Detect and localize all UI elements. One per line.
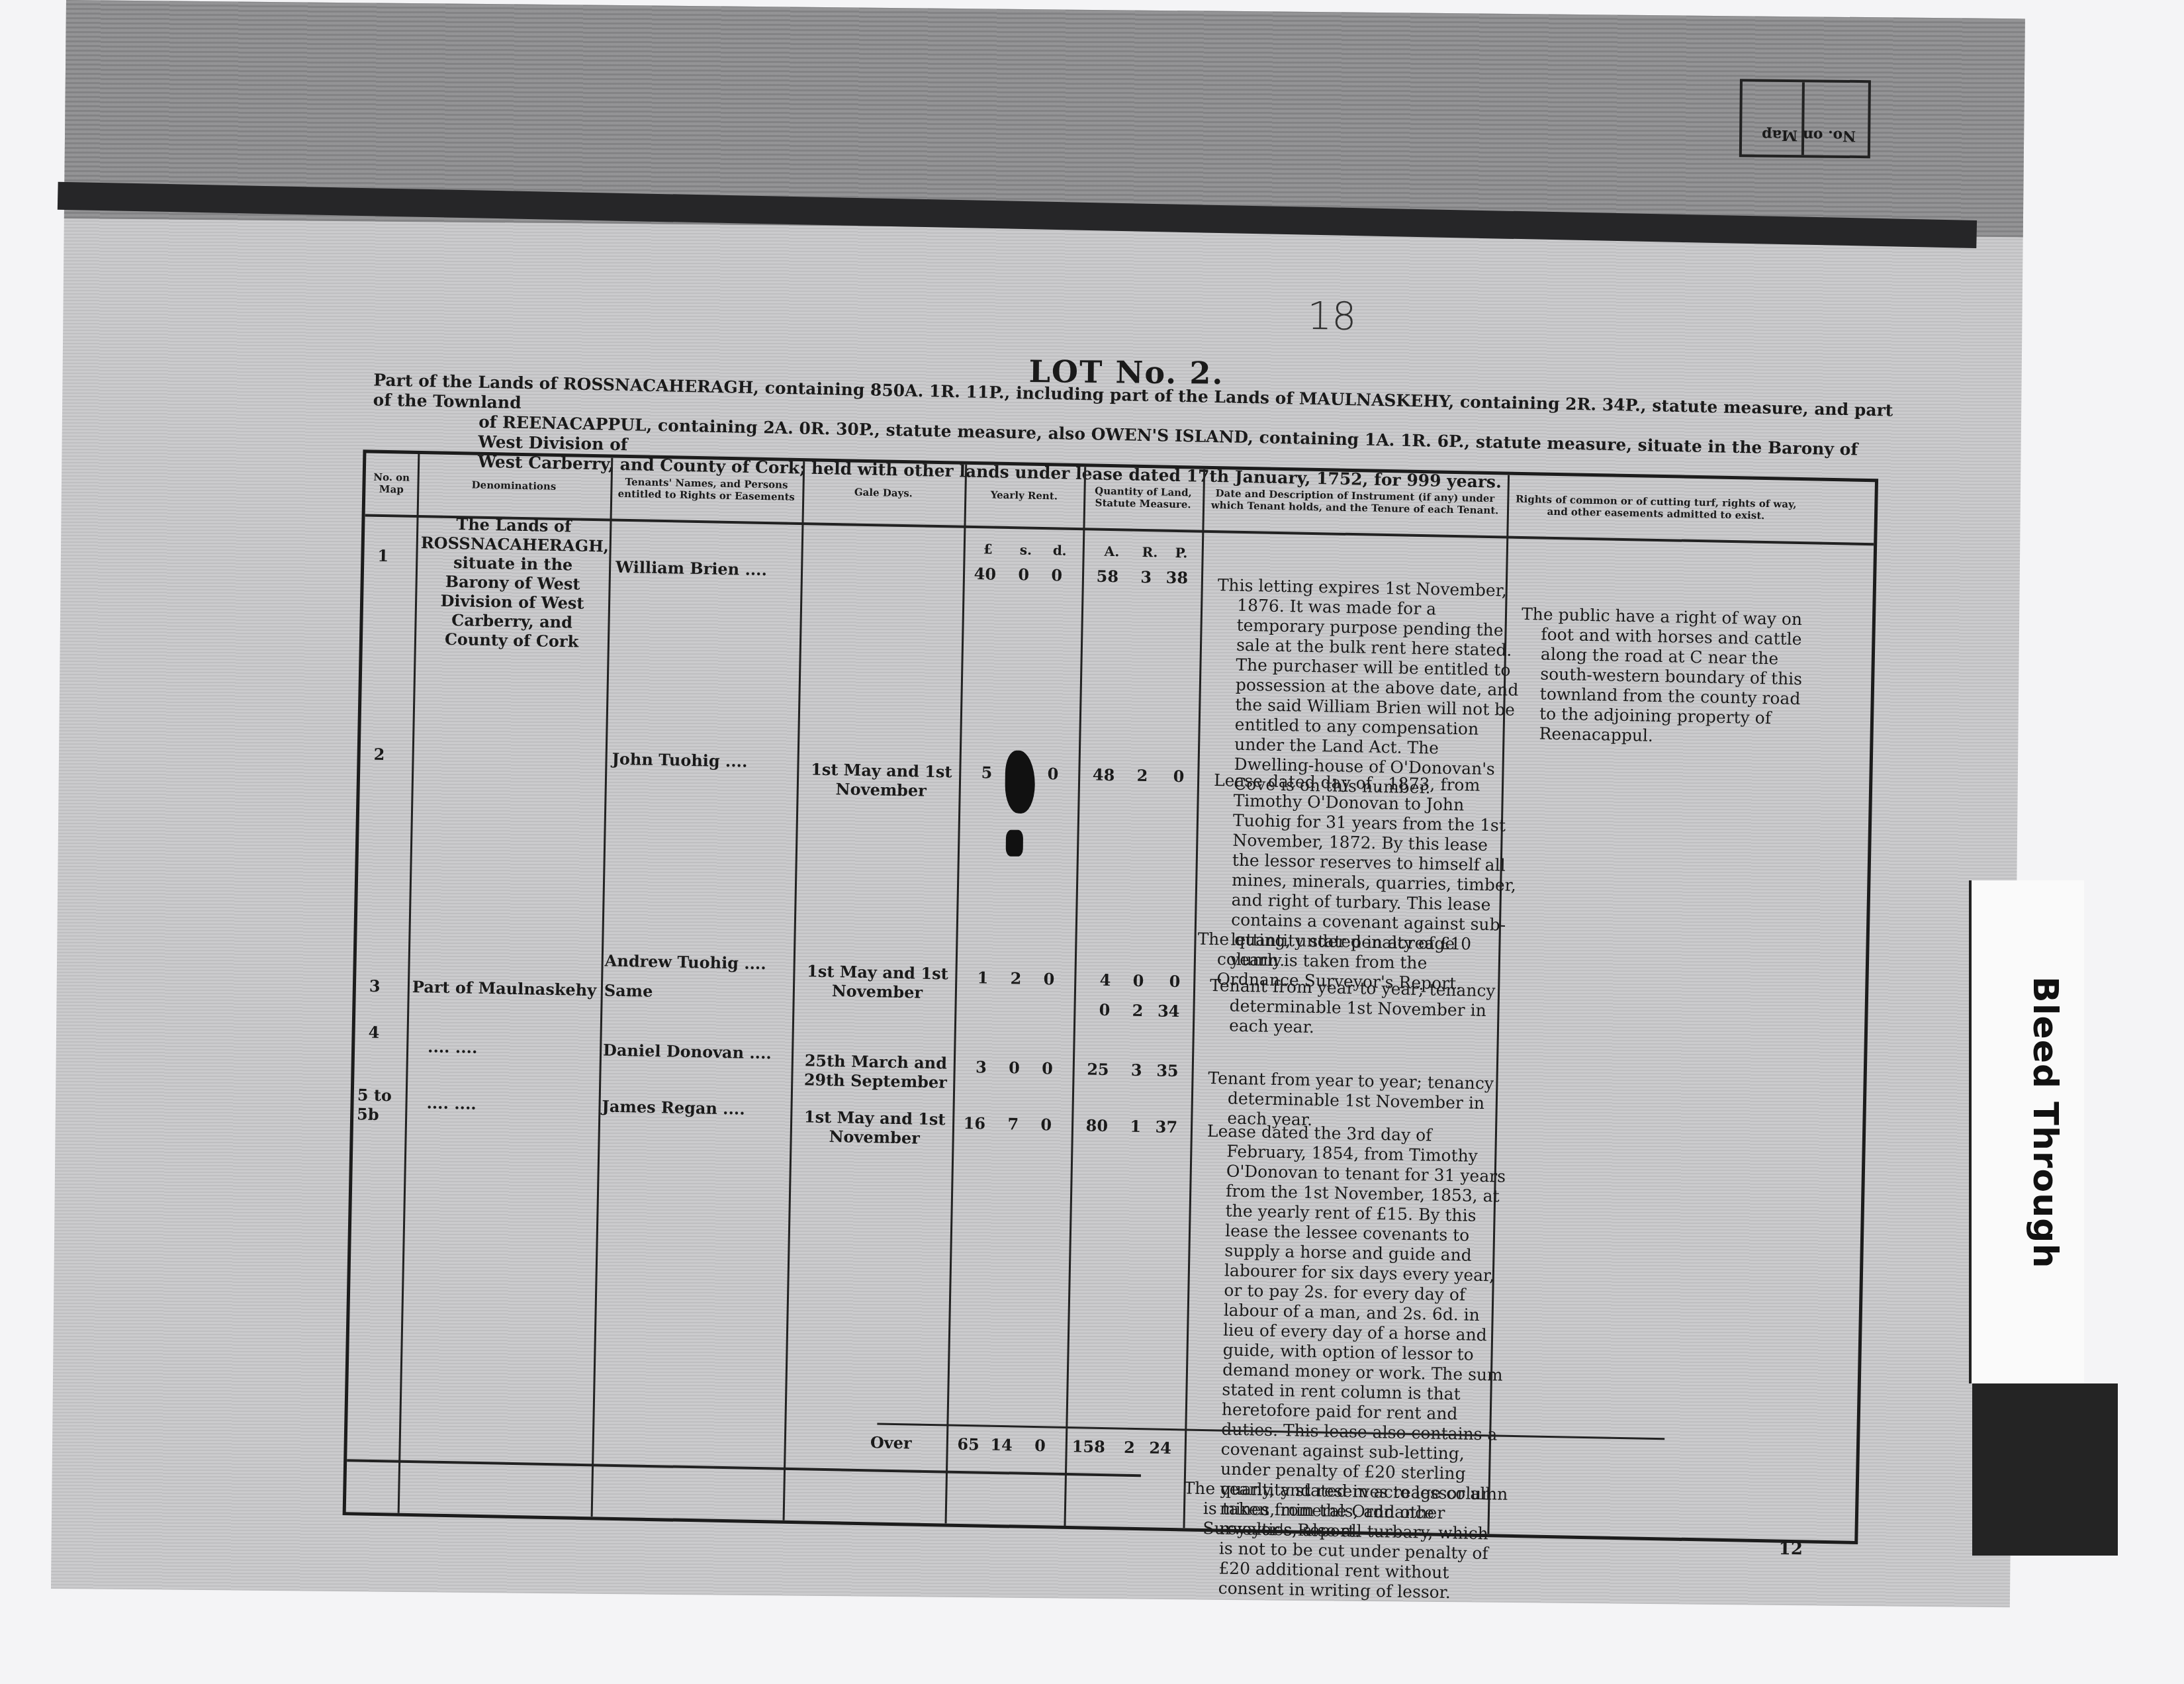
- header-instrument: Date and Description of Instrument (if a…: [1202, 469, 1508, 535]
- header-denomination: Denominations: [417, 454, 612, 518]
- total-rent-shillings: 14: [989, 1435, 1013, 1455]
- rent-pence: 0: [1029, 1058, 1053, 1078]
- map-no: 2: [373, 745, 385, 764]
- qty-acres: 25: [1075, 1059, 1109, 1079]
- rent-shillings: 0: [1006, 565, 1030, 585]
- header-rights: Rights of common or of cutting turf, rig…: [1506, 475, 1805, 541]
- unit-roods: R.: [1142, 544, 1158, 560]
- rights-description: The public have a right of way on foot a…: [1519, 604, 1816, 749]
- gale-days: 1st May and 1st November: [799, 1107, 949, 1148]
- header-tenants: Tenants' Names, and Persons entitled to …: [610, 458, 803, 522]
- map-no: 3: [369, 976, 381, 996]
- tenant-name: Andrew Tuohig ....: [604, 951, 766, 973]
- qty-roods: 3: [1125, 567, 1152, 586]
- instrument-note: The quantity stated in acreage column is…: [1183, 1478, 1508, 1544]
- rent-pence: 0: [1035, 764, 1059, 784]
- qty-roods: 1: [1115, 1116, 1142, 1136]
- ink-mark: [1006, 830, 1023, 857]
- denomination: Part of Maulnaskehy: [412, 977, 597, 1000]
- header-quantity: Quantity of Land, Statute Measure.: [1083, 467, 1203, 528]
- total-qty-roods: 2: [1109, 1437, 1136, 1457]
- denomination: .... ....: [426, 1093, 592, 1115]
- rent-shillings: 0: [996, 1058, 1020, 1078]
- denomination: The Lands of ROSSNACAHERAGH, situate in …: [419, 514, 607, 651]
- bleed-through-label: Bleed Through: [1985, 976, 2065, 1274]
- qty-perches: 38: [1158, 567, 1189, 587]
- tenant-name: Daniel Donovan ....: [603, 1040, 772, 1062]
- map-no: 4: [368, 1023, 379, 1042]
- qty-acres: 80: [1075, 1115, 1109, 1135]
- tenant-name: James Regan ....: [602, 1096, 745, 1118]
- gale-days: 25th March and 29th September: [801, 1051, 950, 1092]
- rent-shillings: 2: [998, 968, 1022, 988]
- instrument-description: This letting expires 1st November, 1876.…: [1214, 575, 1522, 800]
- bleed-through-header-box: No. on Map: [1739, 79, 1871, 158]
- unit-shillings: s.: [1020, 541, 1032, 557]
- tenant-name: William Brien ....: [615, 557, 767, 579]
- qty-roods-2: 2: [1116, 1000, 1144, 1020]
- qty-acres-2: 0: [1077, 1000, 1111, 1019]
- qty-perches: 35: [1148, 1060, 1179, 1080]
- qty-perches-2: 34: [1150, 1001, 1180, 1021]
- qty-perches: 0: [1150, 971, 1181, 991]
- unit-perches: P.: [1175, 545, 1188, 561]
- header-gale-days: Gale Days.: [802, 461, 966, 524]
- total-qty-acres: 158: [1066, 1436, 1106, 1456]
- handwritten-page-number: 18: [1307, 293, 1356, 339]
- rent-pence: 0: [1028, 1115, 1052, 1135]
- total-rent-pounds: 65: [950, 1434, 980, 1454]
- unit-acres: A.: [1105, 543, 1120, 559]
- mirrored-header-text: No. on Map: [1762, 126, 1856, 144]
- qty-acres: 4: [1077, 970, 1111, 990]
- total-label: Over: [870, 1432, 912, 1452]
- qty-acres: 58: [1085, 566, 1119, 586]
- rent-pounds: 1: [958, 968, 989, 988]
- tenant-name-2: Same: [604, 980, 653, 1000]
- qty-perches: 37: [1148, 1117, 1178, 1137]
- gale-days: 1st May and 1st November: [803, 961, 952, 1002]
- rent-pounds: 16: [956, 1113, 986, 1133]
- tenant-name: John Tuohig ....: [612, 749, 747, 771]
- rent-shillings: 7: [995, 1114, 1019, 1134]
- rent-pence: 0: [1039, 565, 1063, 585]
- unit-pence: d.: [1053, 542, 1067, 558]
- map-no: 1: [377, 546, 388, 565]
- scan-edge-shadow: [1972, 1383, 2118, 1556]
- total-qty-perches: 24: [1142, 1438, 1172, 1458]
- rent-pence: 0: [1031, 969, 1055, 989]
- header-map-no: No. on Map: [365, 453, 418, 513]
- qty-perches: 0: [1154, 766, 1185, 786]
- map-no: 5 to 5b: [357, 1085, 404, 1124]
- qty-roods: 2: [1121, 765, 1148, 785]
- qty-roods: 0: [1117, 970, 1144, 990]
- scanned-page: No. on Map 18 LOT No. 2. Part of the Lan…: [51, 0, 2025, 1607]
- printed-page-number: 12: [1779, 1539, 1803, 1559]
- denomination: .... ....: [428, 1037, 594, 1059]
- qty-acres: 48: [1081, 765, 1115, 784]
- rental-table: No. on Map Denominations Tenants' Names,…: [343, 449, 1878, 1544]
- unit-pounds: £: [983, 541, 993, 557]
- instrument-description: Tenant from year to year; tenancy determ…: [1209, 976, 1515, 1041]
- qty-roods: 3: [1115, 1060, 1142, 1080]
- rent-pounds: 5: [962, 763, 993, 782]
- total-rent-pence: 0: [1023, 1436, 1046, 1456]
- header-rent: Yearly Rent.: [964, 465, 1085, 526]
- gale-days: 1st May and 1st November: [807, 759, 956, 800]
- rent-pounds: 40: [966, 564, 997, 584]
- rent-pounds: 3: [956, 1057, 987, 1077]
